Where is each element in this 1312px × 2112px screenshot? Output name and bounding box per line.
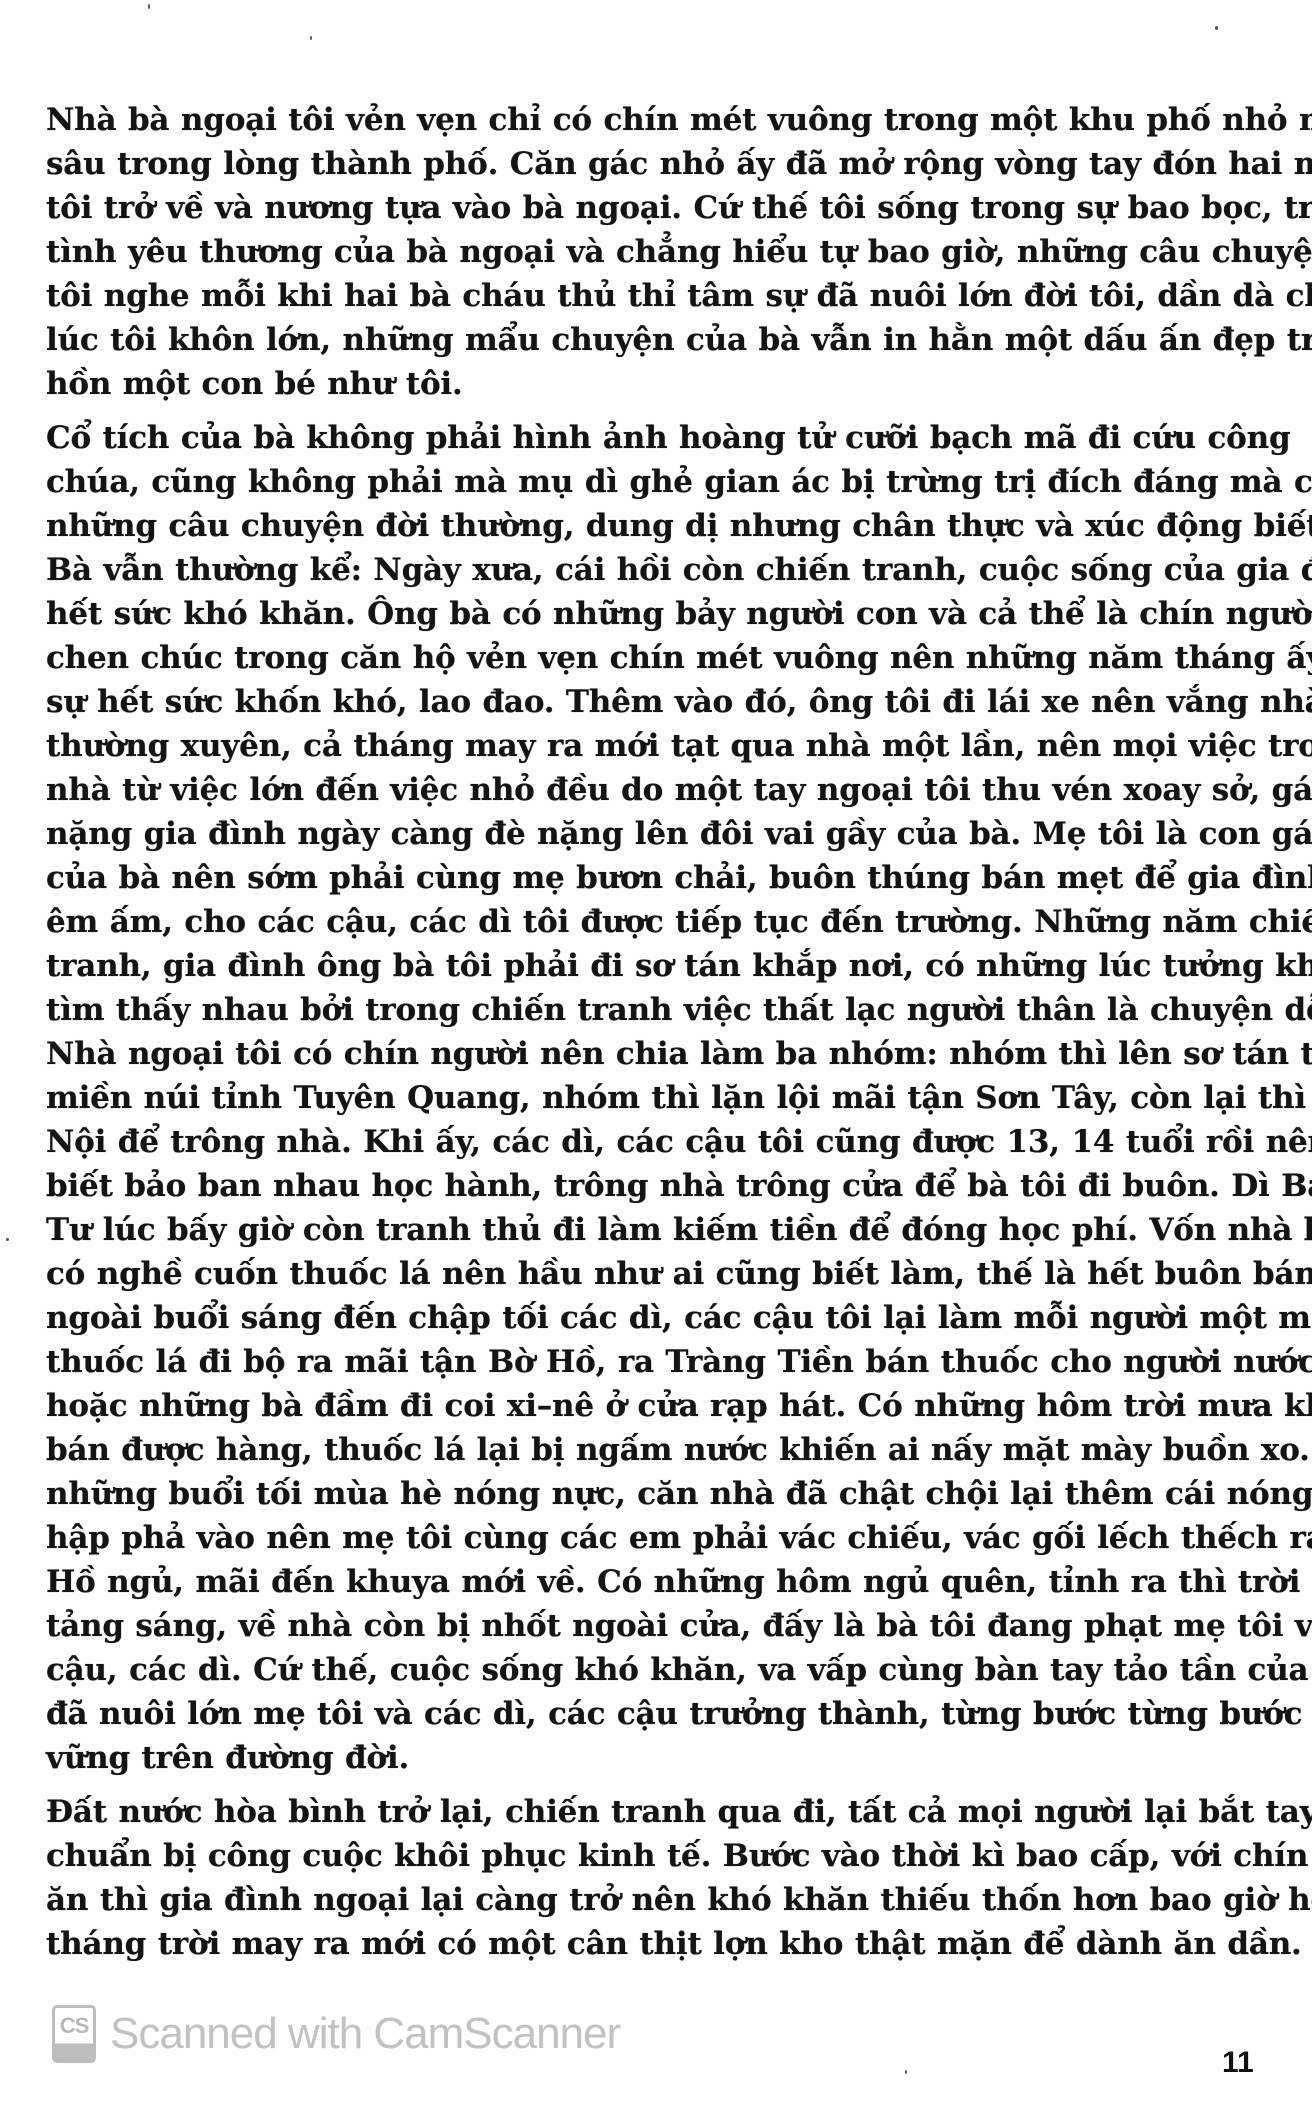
text-line: ăn thì gia đình ngoại lại càng trở nên k… (16, 1878, 1256, 1922)
text-line: Cổ tích của bà không phải hình ảnh hoàng… (16, 416, 1256, 460)
text-line: êm ấm, cho các cậu, các dì tôi được tiếp… (16, 900, 1256, 944)
text-line: lúc tôi khôn lớn, những mẩu chuyện của b… (16, 318, 1256, 362)
text-line: miền núi tỉnh Tuyên Quang, nhóm thì lặn … (16, 1076, 1256, 1120)
text-line: thường xuyên, cả tháng may ra mới tạt qu… (16, 724, 1256, 768)
text-line: thuốc lá đi bộ ra mãi tận Bờ Hồ, ra Tràn… (16, 1340, 1256, 1384)
text-line: những câu chuyện đời thường, dung dị như… (16, 504, 1256, 548)
text-line: có nghề cuốn thuốc lá nên hầu như ai cũn… (16, 1252, 1256, 1296)
text-line: của bà nên sớm phải cùng mẹ bươn chải, b… (16, 856, 1256, 900)
text-line: vững trên đường đời. (16, 1736, 1256, 1780)
text-line: Đất nước hòa bình trở lại, chiến tranh q… (16, 1790, 1256, 1834)
text-line: tảng sáng, về nhà còn bị nhốt ngoài cửa,… (16, 1604, 1256, 1648)
paragraph-1: Nhà bà ngoại tôi vẻn vẹn chỉ có chín mét… (16, 98, 1256, 406)
text-line: hập phả vào nên mẹ tôi cùng các em phải … (16, 1516, 1256, 1560)
text-line: sự hết sức khốn khó, lao đao. Thêm vào đ… (16, 680, 1256, 724)
text-line: ngoài buổi sáng đến chập tối các dì, các… (16, 1296, 1256, 1340)
text-line: chuẩn bị công cuộc khôi phục kinh tế. Bư… (16, 1834, 1256, 1878)
text-line: những buổi tối mùa hè nóng nực, căn nhà … (16, 1472, 1256, 1516)
text-line: Nhà ngoại tôi có chín người nên chia làm… (16, 1032, 1256, 1076)
scan-speck (905, 2070, 907, 2074)
text-line: tìm thấy nhau bởi trong chiến tranh việc… (16, 988, 1256, 1032)
text-line: Hồ ngủ, mãi đến khuya mới về. Có những h… (16, 1560, 1256, 1604)
body-text: Nhà bà ngoại tôi vẻn vẹn chỉ có chín mét… (16, 98, 1256, 1966)
camscanner-logo-text: CS (60, 2013, 89, 2039)
text-line: cậu, các dì. Cứ thế, cuộc sống khó khăn,… (16, 1648, 1256, 1692)
text-line: nặng gia đình ngày càng đè nặng lên đôi … (16, 812, 1256, 856)
text-line: tôi trở về và nương tựa vào bà ngoại. Cứ… (16, 186, 1256, 230)
text-line: chen chúc trong căn hộ vẻn vẹn chín mét … (16, 636, 1256, 680)
text-line: đã nuôi lớn mẹ tôi và các dì, các cậu tr… (16, 1692, 1256, 1736)
paragraph-2: Cổ tích của bà không phải hình ảnh hoàng… (16, 416, 1256, 1780)
text-line: hoặc những bà đầm đi coi xi–nê ở cửa rạp… (16, 1384, 1256, 1428)
text-line: nhà từ việc lớn đến việc nhỏ đều do một … (16, 768, 1256, 812)
text-line: tranh, gia đình ông bà tôi phải đi sơ tá… (16, 944, 1256, 988)
text-line: Nội để trông nhà. Khi ấy, các dì, các cậ… (16, 1120, 1256, 1164)
text-line: chúa, cũng không phải mà mụ dì ghẻ gian … (16, 460, 1256, 504)
text-line: tôi nghe mỗi khi hai bà cháu thủ thỉ tâm… (16, 274, 1256, 318)
text-line: sâu trong lòng thành phố. Căn gác nhỏ ấy… (16, 142, 1256, 186)
camscanner-logo-icon: CS (52, 2005, 96, 2063)
text-line: bán được hàng, thuốc lá lại bị ngấm nước… (16, 1428, 1256, 1472)
camscanner-watermark: CS Scanned with CamScanner (52, 2005, 620, 2063)
text-line: tháng trời may ra mới có một cân thịt lợ… (16, 1922, 1256, 1966)
watermark-text: Scanned with CamScanner (110, 2009, 620, 2059)
text-line: tình yêu thương của bà ngoại và chẳng hi… (16, 230, 1256, 274)
scan-speck (1290, 1180, 1292, 1183)
scanned-book-page: Nhà bà ngoại tôi vẻn vẹn chỉ có chín mét… (0, 0, 1312, 2112)
scan-speck (310, 36, 312, 40)
scan-speck (148, 4, 150, 9)
scan-speck (1215, 26, 1218, 30)
text-line: hết sức khó khăn. Ông bà có những bảy ng… (16, 592, 1256, 636)
text-line: Nhà bà ngoại tôi vẻn vẹn chỉ có chín mét… (16, 98, 1256, 142)
page-number: 11 (1222, 2046, 1254, 2080)
text-line: hồn một con bé như tôi. (16, 362, 1256, 406)
scan-speck (6, 1238, 9, 1241)
text-line: Tư lúc bấy giờ còn tranh thủ đi làm kiếm… (16, 1208, 1256, 1252)
text-line: Bà vẫn thường kể: Ngày xưa, cái hồi còn … (16, 548, 1256, 592)
paragraph-3: Đất nước hòa bình trở lại, chiến tranh q… (16, 1790, 1256, 1966)
text-line: biết bảo ban nhau học hành, trông nhà tr… (16, 1164, 1256, 1208)
